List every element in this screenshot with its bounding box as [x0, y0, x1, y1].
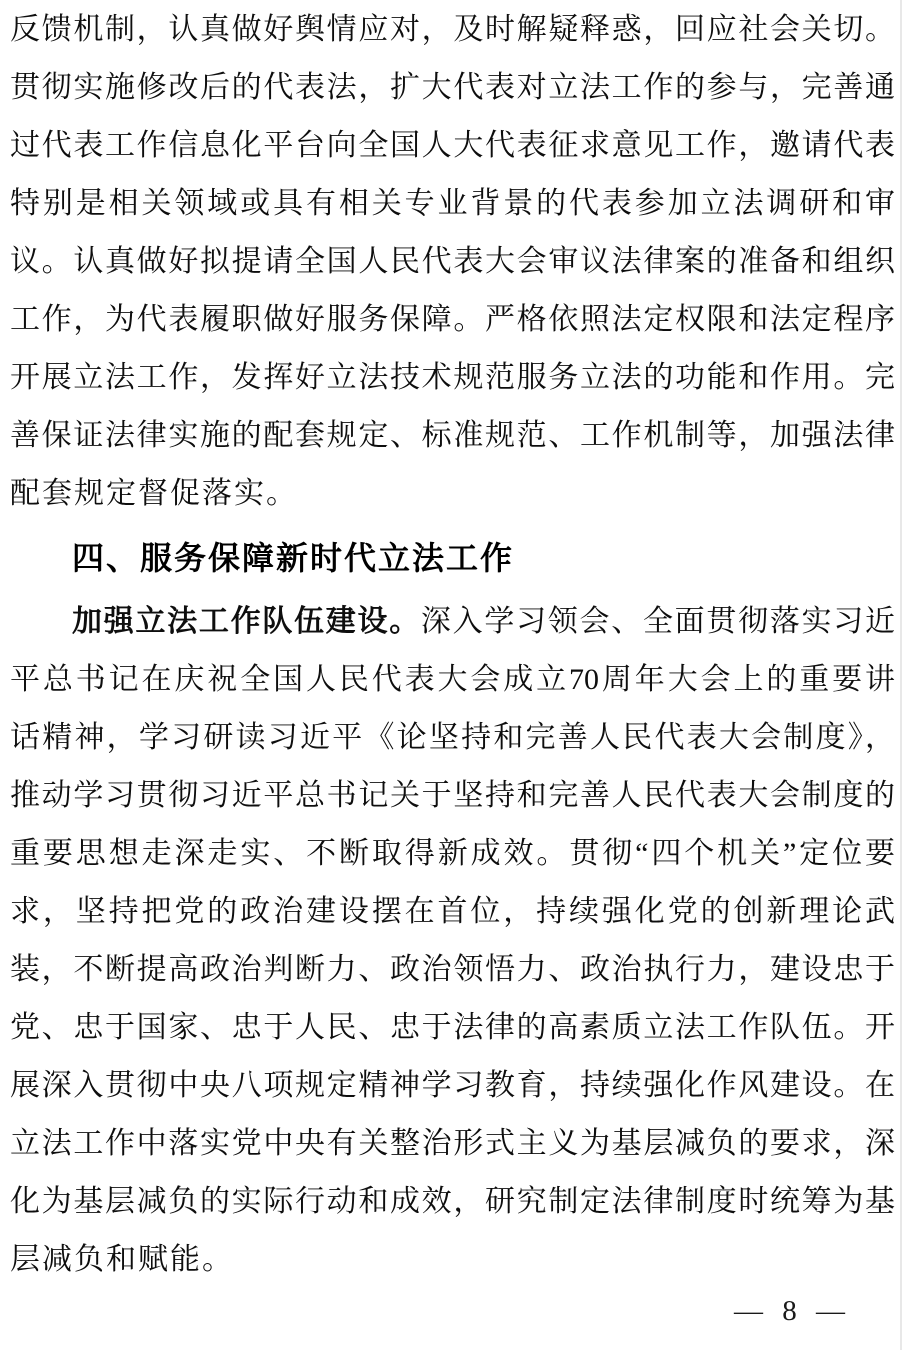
paragraph-line: 重要思想走深走实、不断取得新成效。贯彻“四个机关”定位要 [10, 825, 895, 883]
paragraph-line: 过代表工作信息化平台向全国人大代表征求意见工作，邀请代表 [10, 117, 895, 175]
paragraph-line: 特别是相关领域或具有相关专业背景的代表参加立法调研和审 [10, 175, 895, 233]
paragraph-line: 配套规定督促落实。 [10, 465, 895, 523]
paragraph-line: 层减负和赋能。 [10, 1231, 895, 1289]
paragraph-line: 党、忠于国家、忠于人民、忠于法律的高素质立法工作队伍。开 [10, 999, 895, 1057]
paragraph-line: 立法工作中落实党中央有关整治形式主义为基层减负的要求，深 [10, 1115, 895, 1173]
document-page: { "doc": { "p1_lines": [ "反馈机制，认真做好舆情应对，… [0, 0, 912, 1350]
paragraph-lead-bold: 加强立法工作队伍建设。 [72, 605, 421, 638]
paragraph-line: 议。认真做好拟提请全国人民代表大会审议法律案的准备和组织 [10, 233, 895, 291]
paragraph-line: 善保证法律实施的配套规定、标准规范、工作机制等，加强法律 [10, 407, 895, 465]
paragraph-line: 加强立法工作队伍建设。深入学习领会、全面贯彻落实习近 [10, 593, 895, 651]
section-heading: 四、服务保障新时代立法工作 [10, 529, 895, 587]
paragraph-line: 工作，为代表履职做好服务保障。严格依照法定权限和法定程序 [10, 291, 895, 349]
paragraph-line: 装，不断提高政治判断力、政治领悟力、政治执行力，建设忠于 [10, 941, 895, 999]
page-footer: — 8 — [10, 1291, 895, 1331]
scan-edge-line [900, 0, 902, 1350]
paragraph-line: 平总书记在庆祝全国人民代表大会成立70周年大会上的重要讲 [10, 651, 895, 709]
page-number: — 8 — [734, 1295, 851, 1327]
paragraph-line: 展深入贯彻中央八项规定精神学习教育，持续强化作风建设。在 [10, 1057, 895, 1115]
paragraph-line: 推动学习贯彻习近平总书记关于坚持和完善人民代表大会制度的 [10, 767, 895, 825]
paragraph-line: 开展立法工作，发挥好立法技术规范服务立法的功能和作用。完 [10, 349, 895, 407]
paragraph-line: 求，坚持把党的政治建设摆在首位，持续强化党的创新理论武 [10, 883, 895, 941]
paragraph-line: 化为基层减负的实际行动和成效，研究制定法律制度时统筹为基 [10, 1173, 895, 1231]
paragraph-line: 反馈机制，认真做好舆情应对，及时解疑释惑，回应社会关切。 [10, 1, 895, 59]
paragraph-line: 贯彻实施修改后的代表法，扩大代表对立法工作的参与，完善通 [10, 59, 895, 117]
document-body: 反馈机制，认真做好舆情应对，及时解疑释惑，回应社会关切。 贯彻实施修改后的代表法… [10, 1, 895, 1331]
paragraph-line-text: 深入学习领会、全面贯彻落实习近 [421, 605, 895, 638]
paragraph-line: 话精神，学习研读习近平《论坚持和完善人民代表大会制度》， [10, 709, 895, 767]
